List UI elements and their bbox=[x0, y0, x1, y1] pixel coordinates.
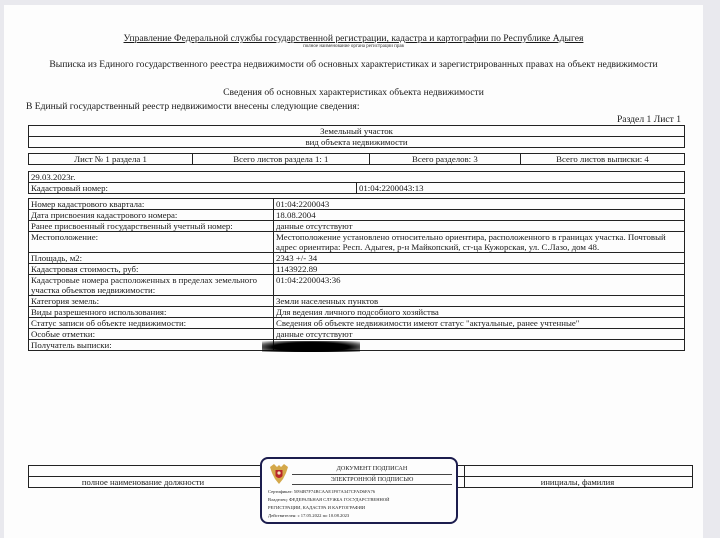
row-value: Местоположение установлено относительно … bbox=[274, 232, 685, 253]
table-row: Категория земель:Земли населенных пункто… bbox=[29, 296, 685, 307]
stamp-rule bbox=[292, 474, 452, 475]
stamp-owner: Владелец: ФЕДЕРАЛЬНАЯ СЛУЖБА ГОСУДАРСТВЕ… bbox=[268, 497, 390, 502]
cadastral-number-label: Кадастровый номер: bbox=[29, 183, 357, 194]
row-label: Статус записи об объекте недвижимости: bbox=[29, 318, 274, 329]
table-row: Кадастровые номера расположенных в преде… bbox=[29, 275, 685, 296]
stamp-certificate: Сертификат: 5094B7F74BCAAE1F07A347CFAD6F… bbox=[268, 489, 375, 494]
row-value: 01:04:2200043:36 bbox=[274, 275, 685, 296]
row-value: Земли населенных пунктов bbox=[274, 296, 685, 307]
document-page: Управление Федеральной службы государств… bbox=[4, 5, 703, 538]
intro-text: В Единый государственный реестр недвижим… bbox=[26, 101, 360, 112]
row-label: Кадастровые номера расположенных в преде… bbox=[29, 275, 274, 296]
row-label: Площадь, м2: bbox=[29, 253, 274, 264]
sheets-total: Всего листов выписки: 4 bbox=[520, 154, 684, 165]
row-value: 18.08.2004 bbox=[274, 210, 685, 221]
sheet-meta-table: Лист № 1 раздела 1 Всего листов раздела … bbox=[28, 153, 685, 165]
row-value: данные отсутствуют bbox=[274, 221, 685, 232]
table-row: Местоположение:Местоположение установлен… bbox=[29, 232, 685, 253]
row-value: 01:04:2200043 bbox=[274, 199, 685, 210]
org-name: Управление Федеральной службы государств… bbox=[4, 33, 703, 44]
row-label: Кадастровая стоимость, руб: bbox=[29, 264, 274, 275]
row-label: Особые отметки: bbox=[29, 329, 274, 340]
table-row: Статус записи об объекте недвижимости:Св… bbox=[29, 318, 685, 329]
row-label: Дата присвоения кадастрового номера: bbox=[29, 210, 274, 221]
stamp-subtitle: ЭЛЕКТРОННОЙ ПОДПИСЬЮ bbox=[292, 476, 452, 483]
org-caption: полное наименование органа регистрации п… bbox=[4, 44, 703, 49]
stamp-validity: Действителен: с 17.05.2022 по 10.08.2023 bbox=[268, 513, 349, 518]
table-row: Кадастровая стоимость, руб:1143922.89 bbox=[29, 264, 685, 275]
section-title: Сведения об основных характеристиках объ… bbox=[4, 87, 703, 98]
sections-total: Всего разделов: 3 bbox=[369, 154, 520, 165]
eagle-emblem-icon bbox=[268, 461, 290, 487]
row-value: данные отсутствуют bbox=[274, 329, 685, 340]
table-row: Дата присвоения кадастрового номера:18.0… bbox=[29, 210, 685, 221]
row-label: Номер кадастрового квартала: bbox=[29, 199, 274, 210]
object-type: Земельный участок bbox=[29, 126, 685, 137]
row-label: Категория земель: bbox=[29, 296, 274, 307]
row-value: 2343 +/- 34 bbox=[274, 253, 685, 264]
row-label: Виды разрешенного использования: bbox=[29, 307, 274, 318]
stamp-rule bbox=[292, 484, 452, 485]
table-row: Номер кадастрового квартала:01:04:220004… bbox=[29, 199, 685, 210]
position-caption: полное наименование должности bbox=[28, 477, 258, 487]
extract-title: Выписка из Единого государственного реес… bbox=[4, 59, 703, 70]
stamp-title: ДОКУМЕНТ ПОДПИСАН bbox=[292, 465, 452, 472]
row-value: Для ведения личного подсобного хозяйства bbox=[274, 307, 685, 318]
electronic-signature-stamp: ДОКУМЕНТ ПОДПИСАН ЭЛЕКТРОННОЙ ПОДПИСЬЮ С… bbox=[260, 457, 458, 524]
redaction-mark bbox=[262, 341, 360, 352]
sheets-in-section: Всего листов раздела 1: 1 bbox=[193, 154, 370, 165]
table-row: Особые отметки:данные отсутствуют bbox=[29, 329, 685, 340]
sheet-number: Лист № 1 раздела 1 bbox=[29, 154, 193, 165]
section-sheet-label: Раздел 1 Лист 1 bbox=[617, 114, 681, 125]
stamp-owner-cont: РЕГИСТРАЦИИ, КАДАСТРА И КАРТОГРАФИИ bbox=[268, 505, 365, 510]
object-type-table: Земельный участок вид объекта недвижимос… bbox=[28, 125, 685, 148]
table-row: Виды разрешенного использования:Для веде… bbox=[29, 307, 685, 318]
table-row: Площадь, м2:2343 +/- 34 bbox=[29, 253, 685, 264]
row-label: Местоположение: bbox=[29, 232, 274, 253]
characteristics-table: Номер кадастрового квартала:01:04:220004… bbox=[28, 198, 685, 351]
table-row: Ранее присвоенный государственный учетны… bbox=[29, 221, 685, 232]
cadastral-number-value: 01:04:2200043:13 bbox=[357, 183, 685, 194]
name-caption: инициалы, фамилия bbox=[464, 477, 691, 487]
row-value: 1143922.89 bbox=[274, 264, 685, 275]
row-value: Сведения об объекте недвижимости имеют с… bbox=[274, 318, 685, 329]
object-type-caption: вид объекта недвижимости bbox=[29, 137, 685, 148]
date-table: 29.03.2023г. Кадастровый номер: 01:04:22… bbox=[28, 171, 685, 194]
row-label: Получатель выписки: bbox=[29, 340, 274, 351]
extract-date: 29.03.2023г. bbox=[29, 172, 685, 183]
row-label: Ранее присвоенный государственный учетны… bbox=[29, 221, 274, 232]
